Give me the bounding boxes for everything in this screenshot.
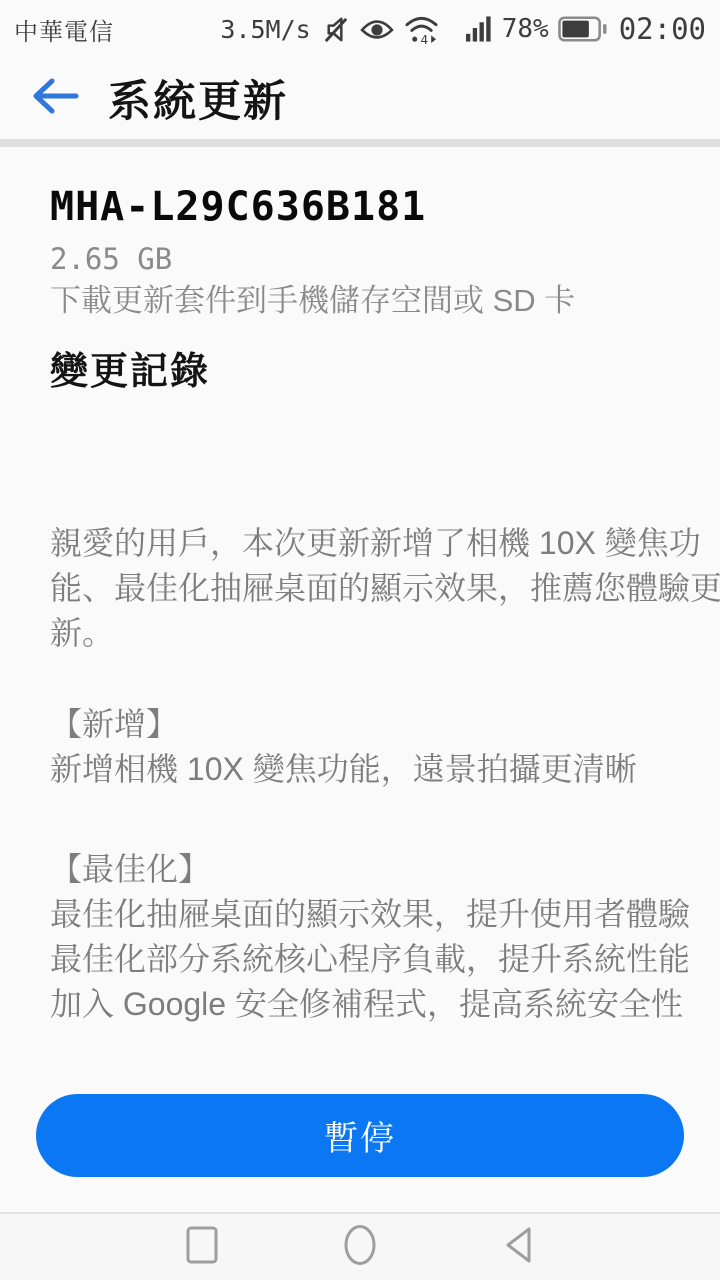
mute-icon (320, 14, 351, 45)
section-heading: 【新增】 (50, 702, 686, 747)
pause-button[interactable]: 暫停 (36, 1094, 684, 1177)
network-speed: 3.5M/s (220, 15, 310, 44)
section-heading: 【最佳化】 (50, 847, 686, 892)
intro-line: 能、最佳化抽屜桌面的顯示效果，推薦您體驗更 (50, 566, 686, 611)
intro-line: 親愛的用戶，本次更新新增了相機 10X 變焦功 (50, 521, 686, 566)
changelog-section-new: 【新增】 新增相機 10X 變焦功能，遠景拍攝更清晰 (50, 702, 686, 792)
update-content: MHA-L29C636B181 2.65 GB 下載更新套件到手機儲存空間或 S… (0, 147, 720, 1027)
section-item: 新增相機 10X 變焦功能，遠景拍攝更清晰 (50, 747, 686, 792)
status-bar-right: 3.5M/s 4 (220, 12, 706, 46)
recents-square-icon (186, 1226, 218, 1269)
recents-button[interactable] (162, 1214, 242, 1280)
update-version: MHA-L29C636B181 (50, 185, 686, 229)
section-item: 最佳化抽屜桌面的顯示效果，提升使用者體驗 (50, 892, 686, 937)
home-button[interactable] (320, 1214, 400, 1280)
section-item: 最佳化部分系統核心程序負載，提升系統性能 (50, 937, 686, 982)
header-divider (0, 139, 720, 147)
update-size: 2.65 GB (50, 243, 686, 275)
intro-line: 新。 (50, 611, 686, 656)
pause-button-label: 暫停 (324, 1111, 396, 1160)
back-triangle-icon (504, 1226, 532, 1269)
wifi-icon: 4 (403, 14, 440, 45)
changelog-title: 變更記錄 (50, 351, 686, 393)
status-bar: 中華電信 3.5M/s 4 (0, 0, 720, 58)
carrier-label: 中華電信 (14, 12, 114, 47)
section-item: 加入 Google 安全修補程式，提高系統安全性 (50, 982, 686, 1027)
signal-icon (466, 15, 493, 43)
battery-percent: 78% (502, 14, 549, 44)
header: 系統更新 (0, 58, 720, 139)
eye-comfort-icon (360, 15, 394, 43)
navigation-bar (0, 1212, 720, 1280)
clock: 02:00 (619, 12, 706, 46)
battery-icon (558, 15, 607, 43)
changelog-intro: 親愛的用戶，本次更新新增了相機 10X 變焦功 能、最佳化抽屜桌面的顯示效果，推… (50, 521, 686, 656)
system-update-screen: 中華電信 3.5M/s 4 (0, 0, 720, 1280)
back-arrow-icon (31, 77, 79, 120)
changelog-section-optimized: 【最佳化】 最佳化抽屜桌面的顯示效果，提升使用者體驗 最佳化部分系統核心程序負載… (50, 847, 686, 1027)
storage-note: 下載更新套件到手機儲存空間或 SD 卡 (50, 283, 686, 319)
svg-text:4: 4 (420, 32, 428, 45)
back-button[interactable] (30, 77, 80, 121)
page-title: 系統更新 (108, 68, 288, 129)
back-nav-button[interactable] (478, 1214, 558, 1280)
home-circle-icon (343, 1224, 377, 1271)
